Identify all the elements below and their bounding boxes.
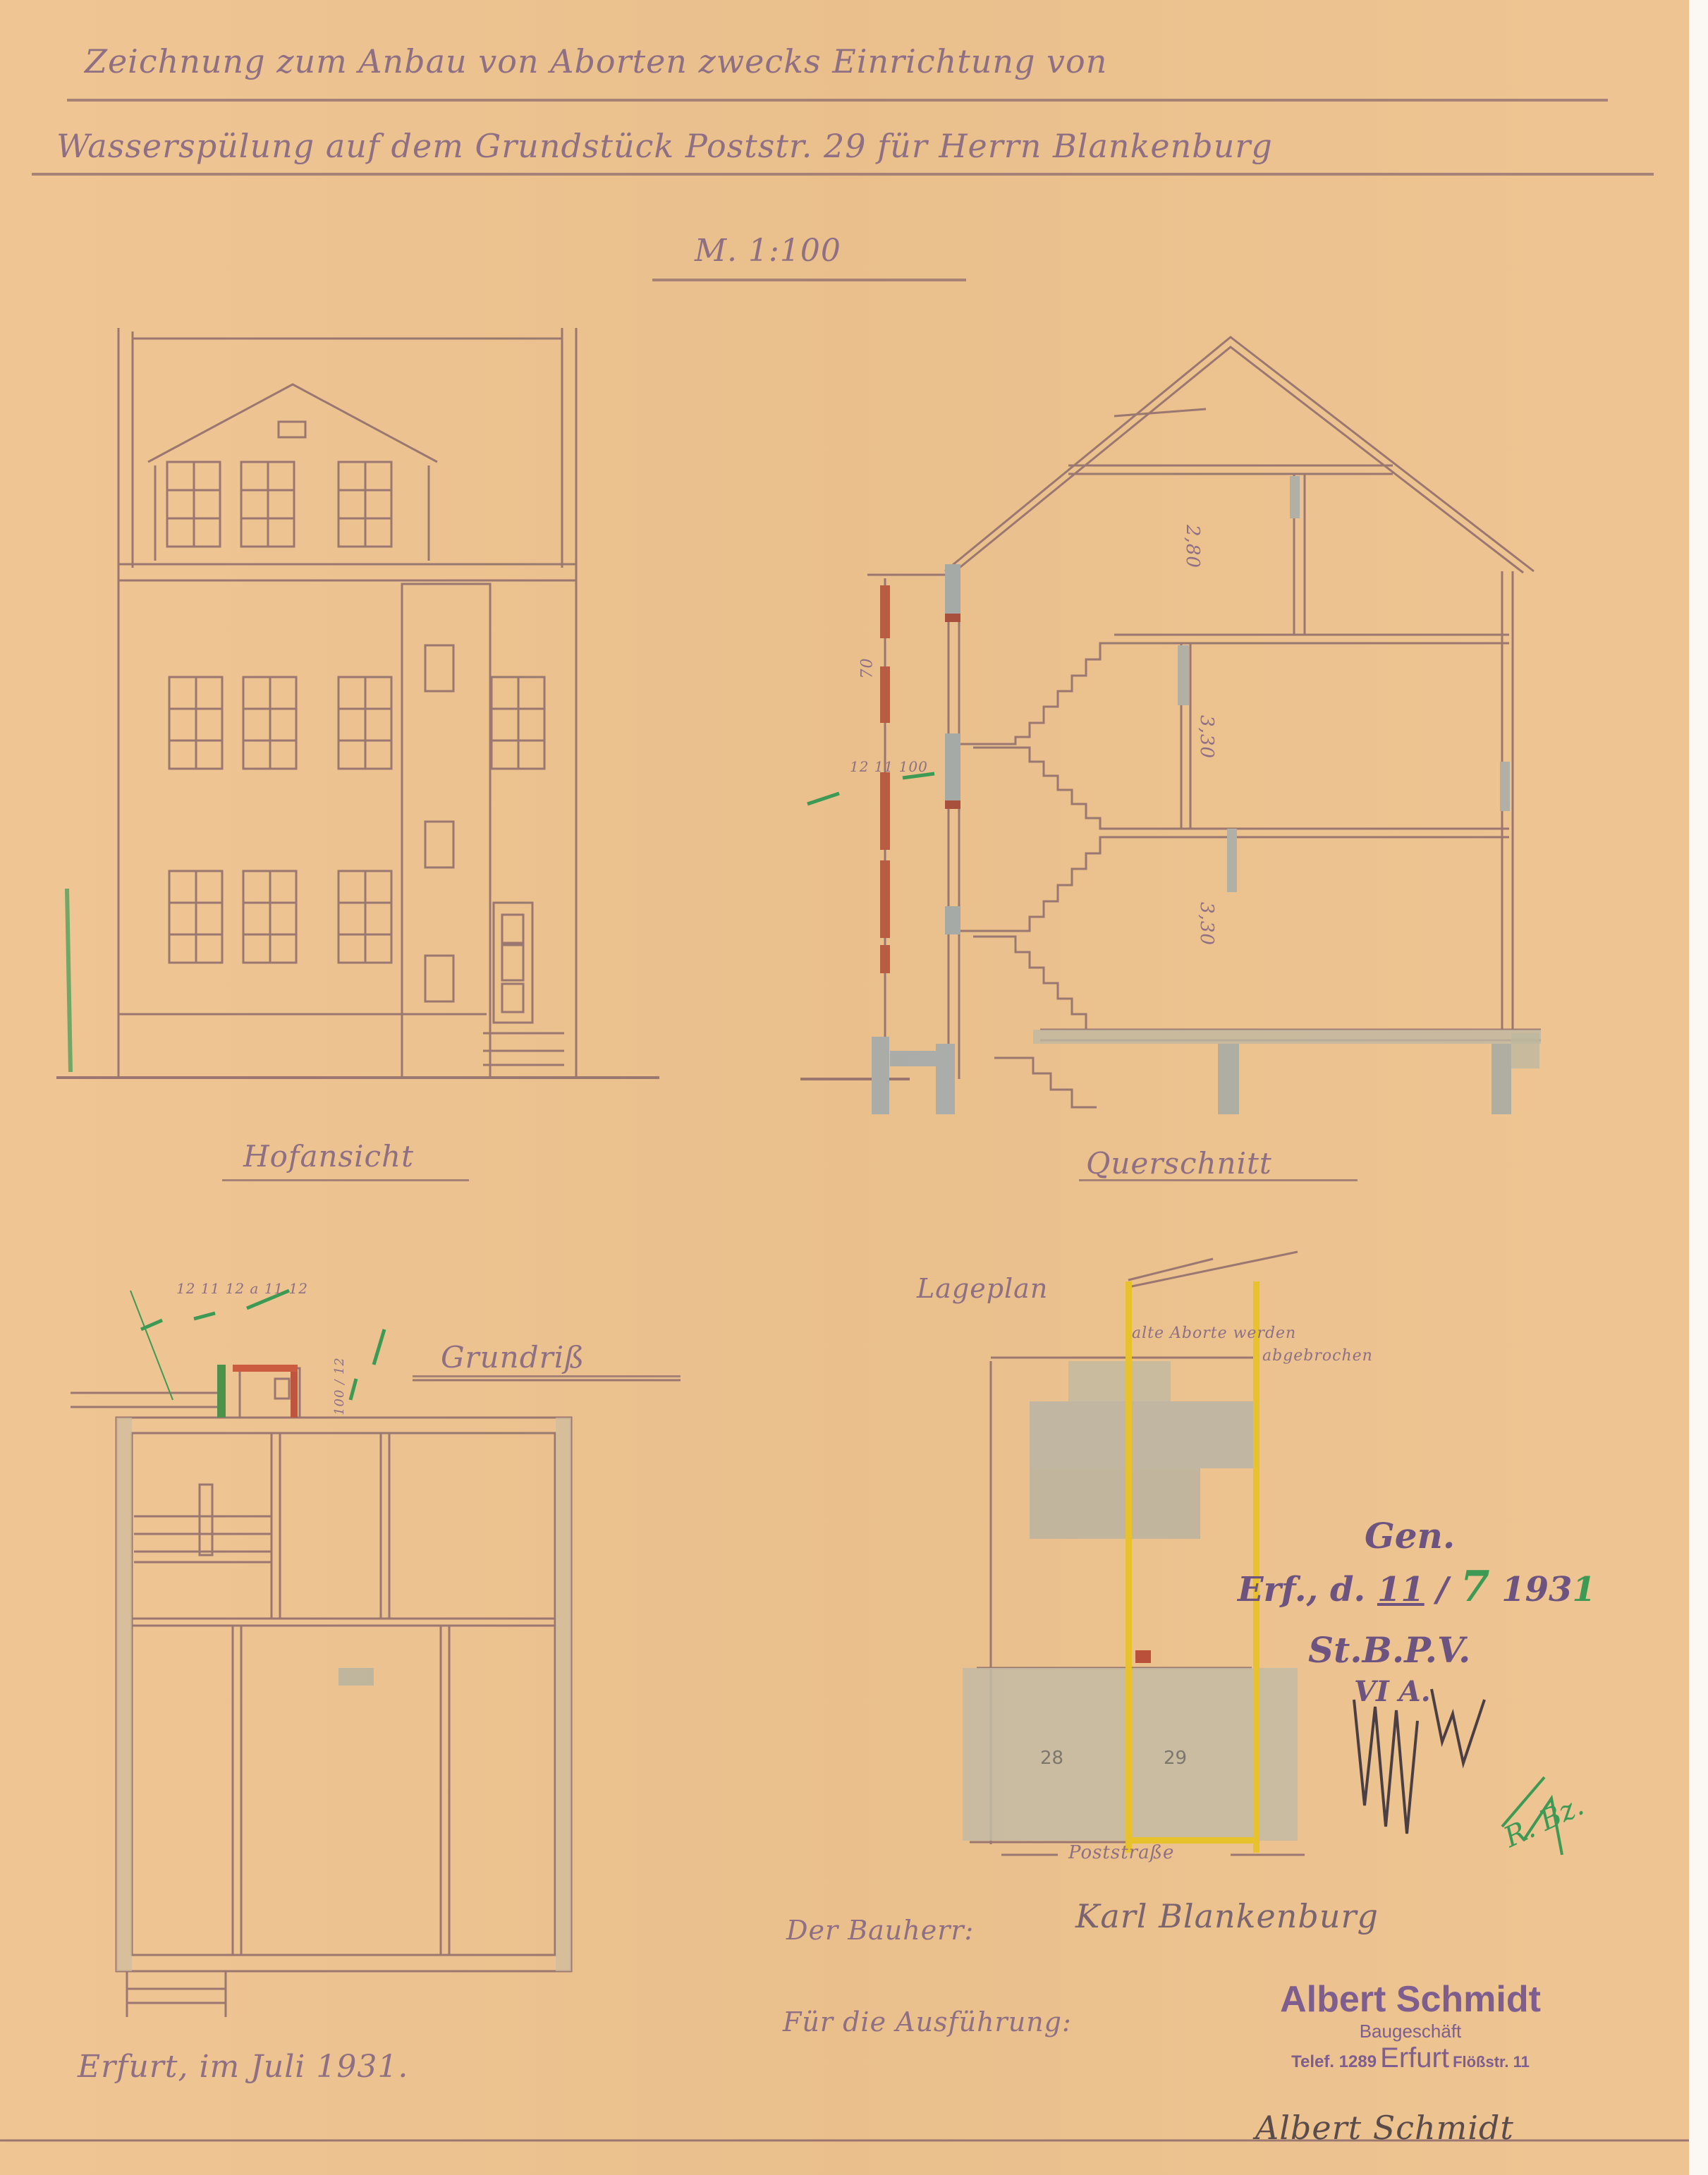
green-vertical-note: Entwässerung angeschlossen [0,678,1,1058]
official-signature-scribble [0,0,1708,2175]
